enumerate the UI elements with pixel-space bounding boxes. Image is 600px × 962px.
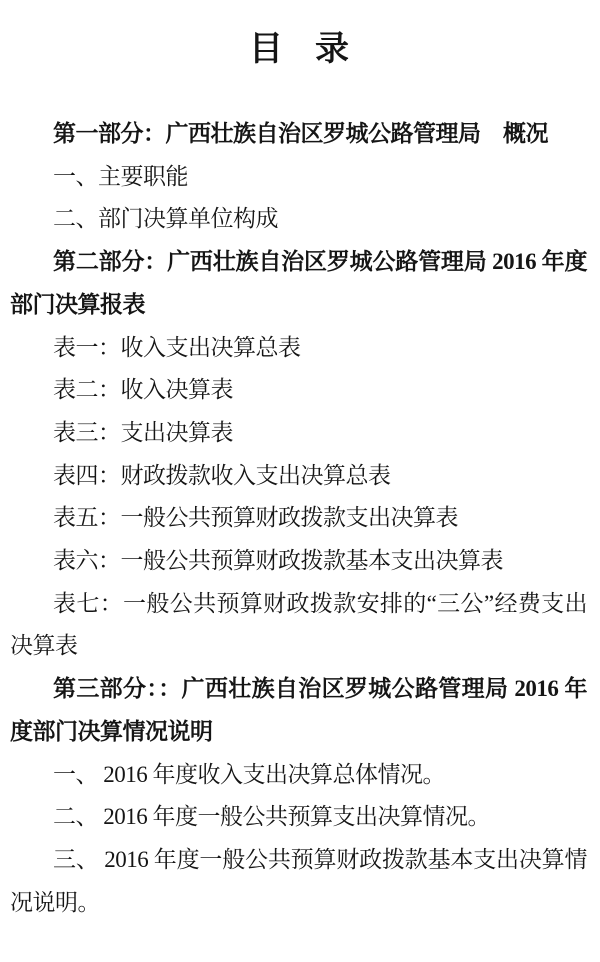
document-page: 目 录 第一部分：广西壮族自治区罗城公路管理局 概况 一、主要职能 二、部门决算… <box>0 0 600 962</box>
toc-entry-table2: 表二：收入决算表 <box>10 369 587 412</box>
toc-entry-part3: 第三部分：：广西壮族自治区罗城公路管理局 2016 年度部门决算情况说明 <box>10 668 587 753</box>
toc-entry-table4: 表四：财政拨款收入支出决算总表 <box>10 455 587 498</box>
toc-entry-table7: 表七：一般公共预算财政拨款安排的“三公”经费支出决算表 <box>10 583 587 668</box>
toc-entry-note1: 一、 2016 年度收入支出决算总体情况。 <box>10 754 587 797</box>
toc-entry-table1: 表一：收入支出决算总表 <box>10 327 587 370</box>
page-title: 目 录 <box>10 33 587 67</box>
toc-entry-main-functions: 一、主要职能 <box>10 156 587 199</box>
toc-entry-table5: 表五：一般公共预算财政拨款支出决算表 <box>10 497 587 540</box>
toc-entry-table3: 表三：支出决算表 <box>10 412 587 455</box>
toc-entry-note3: 三、 2016 年度一般公共预算财政拨款基本支出决算情况说明。 <box>10 839 587 924</box>
toc-entry-table6: 表六：一般公共预算财政拨款基本支出决算表 <box>10 540 587 583</box>
toc-entry-unit-composition: 二、部门决算单位构成 <box>10 198 587 241</box>
toc-entry-part2: 第二部分：广西壮族自治区罗城公路管理局 2016 年度部门决算报表 <box>10 241 587 326</box>
toc-entry-note2: 二、 2016 年度一般公共预算支出决算情况。 <box>10 796 587 839</box>
toc-entry-part1: 第一部分：广西壮族自治区罗城公路管理局 概况 <box>10 113 587 156</box>
